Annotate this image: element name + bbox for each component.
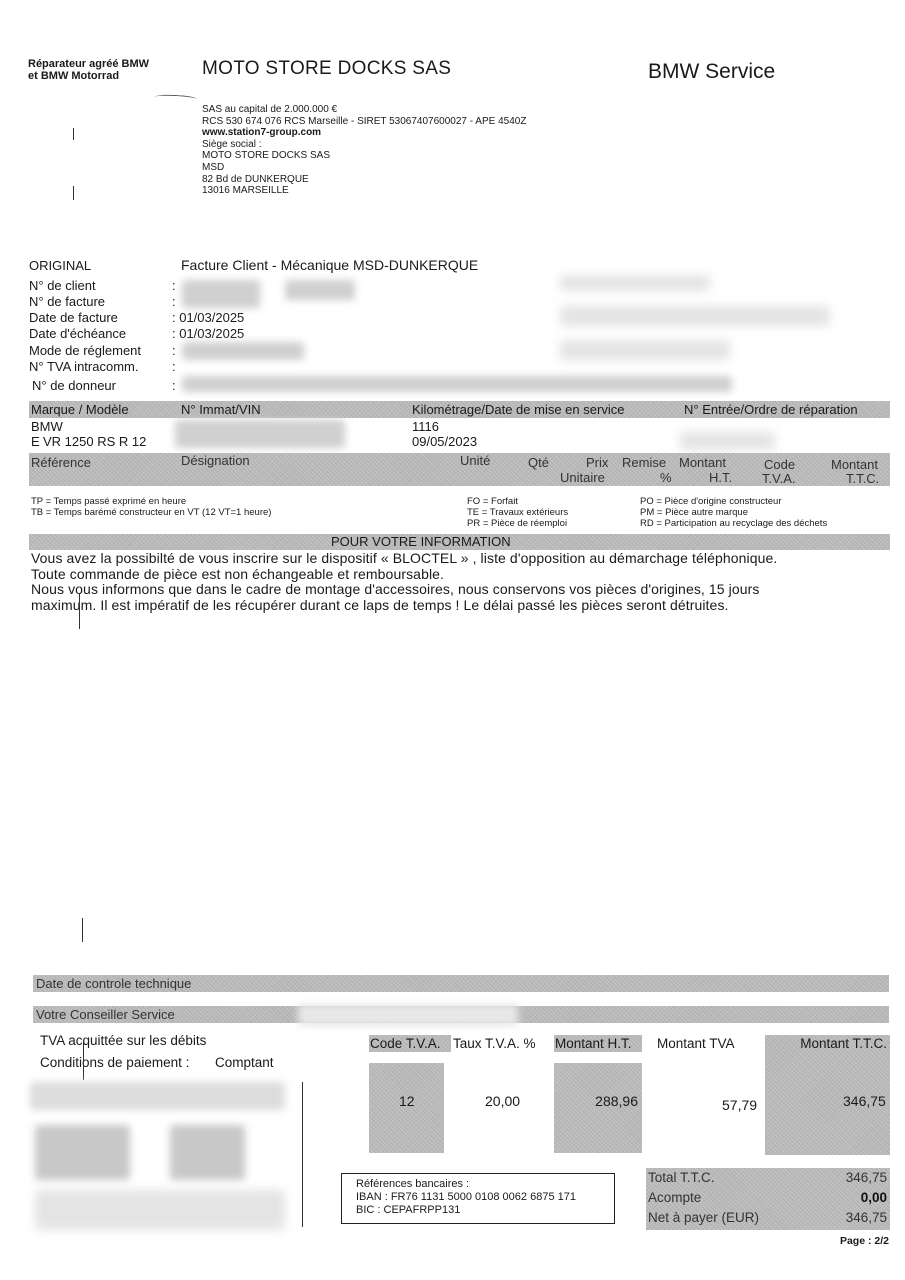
legend-time: TP = Temps passé exprimé en heure TB = T… xyxy=(31,496,271,518)
information-text: Vous avez la possibilté de vous inscrire… xyxy=(31,551,901,613)
siege-address: 82 Bd de DUNKERQUE xyxy=(202,174,526,186)
vehicle-mileage: 1116 xyxy=(412,420,439,434)
legend-parts: PO = Pièce d'origine constructeur PM = P… xyxy=(640,496,827,529)
vehicle-header-bar: Marque / Modèle N° Immat/VIN Kilométrage… xyxy=(29,401,890,418)
field-invoice-number: N° de facture : xyxy=(29,294,172,309)
legend-work: FO = Forfait TE = Travaux extérieurs PR … xyxy=(467,496,568,529)
col-discount: Remise xyxy=(622,456,666,470)
redacted-vin xyxy=(175,420,345,448)
siege-short: MSD xyxy=(202,162,526,174)
repairer-line-2: et BMW Motorrad xyxy=(28,70,149,82)
payment-terms-value: Comptant xyxy=(215,1055,274,1070)
vat-code-value: 12 xyxy=(399,1093,415,1109)
field-donor-number: N° de donneur : xyxy=(32,378,175,393)
redacted-client-name xyxy=(285,280,355,300)
col-designation: Désignation xyxy=(181,454,250,468)
scan-mark xyxy=(79,593,80,629)
company-name: MOTO STORE DOCKS SAS xyxy=(202,58,451,80)
redacted-customer-address-1 xyxy=(35,1125,130,1180)
vat-header-rate: Taux T.V.A. % xyxy=(453,1035,536,1052)
vehicle-service-date: 09/05/2023 xyxy=(412,435,477,449)
brand-service: BMW Service xyxy=(648,60,775,84)
redacted-order-number xyxy=(680,432,775,450)
redacted-advisor-name xyxy=(298,1004,518,1026)
legal-rcs: RCS 530 674 076 RCS Marseille - SIRET 53… xyxy=(202,116,526,128)
redacted-client-number xyxy=(182,280,260,308)
company-website: www.station7-group.com xyxy=(202,127,321,138)
header-brand-model: Marque / Modèle xyxy=(31,401,129,418)
siege-label: Siège social : xyxy=(202,139,526,151)
vat-header-amount-vat: Montant TVA xyxy=(657,1035,735,1052)
payment-terms-label: Conditions de paiement : xyxy=(40,1055,189,1070)
net-to-pay-value: 346,75 xyxy=(846,1208,887,1228)
technical-control-bar: Date de controle technique xyxy=(33,975,889,992)
vat-amount-value: 57,79 xyxy=(722,1097,757,1113)
vehicle-brand: BMW xyxy=(31,420,63,434)
net-to-pay-row: Net à payer (EUR) 346,75 xyxy=(646,1208,890,1228)
invoice-title: Facture Client - Mécanique MSD-DUNKERQUE xyxy=(181,257,478,273)
redacted-payment-mode xyxy=(182,342,304,360)
bank-title: Références bancaires : xyxy=(356,1178,614,1191)
header-plate-vin: N° Immat/VIN xyxy=(181,401,261,418)
siege-city: 13016 MARSEILLE xyxy=(202,185,526,197)
bank-iban: IBAN : FR76 1131 5000 0108 0062 6875 171 xyxy=(356,1191,614,1204)
col-unit: Unité xyxy=(460,454,490,468)
deposit-row: Acompte 0,00 xyxy=(646,1188,890,1208)
siege-name: MOTO STORE DOCKS SAS xyxy=(202,150,526,162)
vat-rate-value: 20,00 xyxy=(485,1093,520,1109)
col-vat-code: Code xyxy=(764,458,795,472)
col-unit-price: Prix xyxy=(586,456,608,470)
field-vat-intracomm: N° TVA intracomm. : xyxy=(29,359,172,374)
information-bar: POUR VOTRE INFORMATION xyxy=(29,534,890,550)
signature-mark xyxy=(155,94,197,102)
col-qty: Qté xyxy=(528,456,549,470)
vat-amount-ht-value: 288,96 xyxy=(595,1093,638,1109)
totals-box: Total T.T.C. 346,75 Acompte 0,00 Net à p… xyxy=(646,1168,890,1230)
bank-references: Références bancaires : IBAN : FR76 1131 … xyxy=(341,1173,615,1224)
field-due-date: Date d'échéance : 01/03/2025 xyxy=(29,326,172,341)
redacted-address-2 xyxy=(560,306,830,326)
advisor-label: Votre Conseiller Service xyxy=(36,1006,175,1023)
scan-mark xyxy=(82,918,83,942)
scan-mark xyxy=(83,1040,84,1080)
repairer-label: Réparateur agréé BMW et BMW Motorrad xyxy=(28,58,149,82)
information-title: POUR VOTRE INFORMATION xyxy=(331,534,511,550)
legal-capital: SAS au capital de 2.000.000 € xyxy=(202,104,526,116)
line-items-header: Référence Désignation Unité Qté Prix Uni… xyxy=(29,453,890,486)
vat-code-cell: 12 xyxy=(369,1063,444,1153)
legal-info: SAS au capital de 2.000.000 € RCS 530 67… xyxy=(202,104,526,197)
vat-amount-ht-cell: 288,96 xyxy=(554,1063,642,1153)
header-mileage-date: Kilométrage/Date de mise en service xyxy=(412,401,624,418)
scan-mark xyxy=(73,128,74,140)
field-payment-mode: Mode de réglement : xyxy=(29,343,172,358)
redacted-customer-address-2 xyxy=(170,1125,245,1180)
page-number: Page : 2/2 xyxy=(840,1235,889,1247)
total-ttc-value: 346,75 xyxy=(846,1168,887,1188)
original-label: ORIGINAL xyxy=(29,258,91,273)
deposit-value: 0,00 xyxy=(861,1188,887,1208)
vat-amount-ttc-value: 346,75 xyxy=(843,1093,886,1109)
vat-header-amount-ht: Montant H.T. xyxy=(554,1035,642,1052)
scan-mark xyxy=(73,186,74,200)
field-client-number: N° de client : xyxy=(29,278,172,293)
vat-note: TVA acquittée sur les débits xyxy=(40,1033,206,1048)
vehicle-model: EVR 1250 RS R 12 xyxy=(31,435,146,449)
bank-bic: BIC : CEPAFRPP131 xyxy=(356,1204,614,1217)
redacted-address-3 xyxy=(560,340,730,360)
border-line xyxy=(302,1082,303,1227)
redacted-address-1 xyxy=(560,275,710,291)
field-invoice-date: Date de facture : 01/03/2025 xyxy=(29,310,172,325)
col-reference: Référence xyxy=(31,456,91,470)
repairer-line-1: Réparateur agréé BMW xyxy=(28,58,149,70)
redacted-customer-name xyxy=(30,1082,285,1110)
col-amount-ttc: Montant xyxy=(831,458,878,472)
advisor-bar: Votre Conseiller Service xyxy=(33,1006,889,1023)
technical-control-label: Date de controle technique xyxy=(36,975,191,992)
redacted-customer-address-3 xyxy=(35,1190,285,1230)
redacted-donor xyxy=(182,376,732,392)
vat-header-code: Code T.V.A. xyxy=(369,1035,451,1052)
col-amount-ht: Montant xyxy=(679,456,726,470)
header-entry-order: N° Entrée/Ordre de réparation xyxy=(684,401,858,418)
total-ttc-row: Total T.T.C. 346,75 xyxy=(646,1168,890,1188)
